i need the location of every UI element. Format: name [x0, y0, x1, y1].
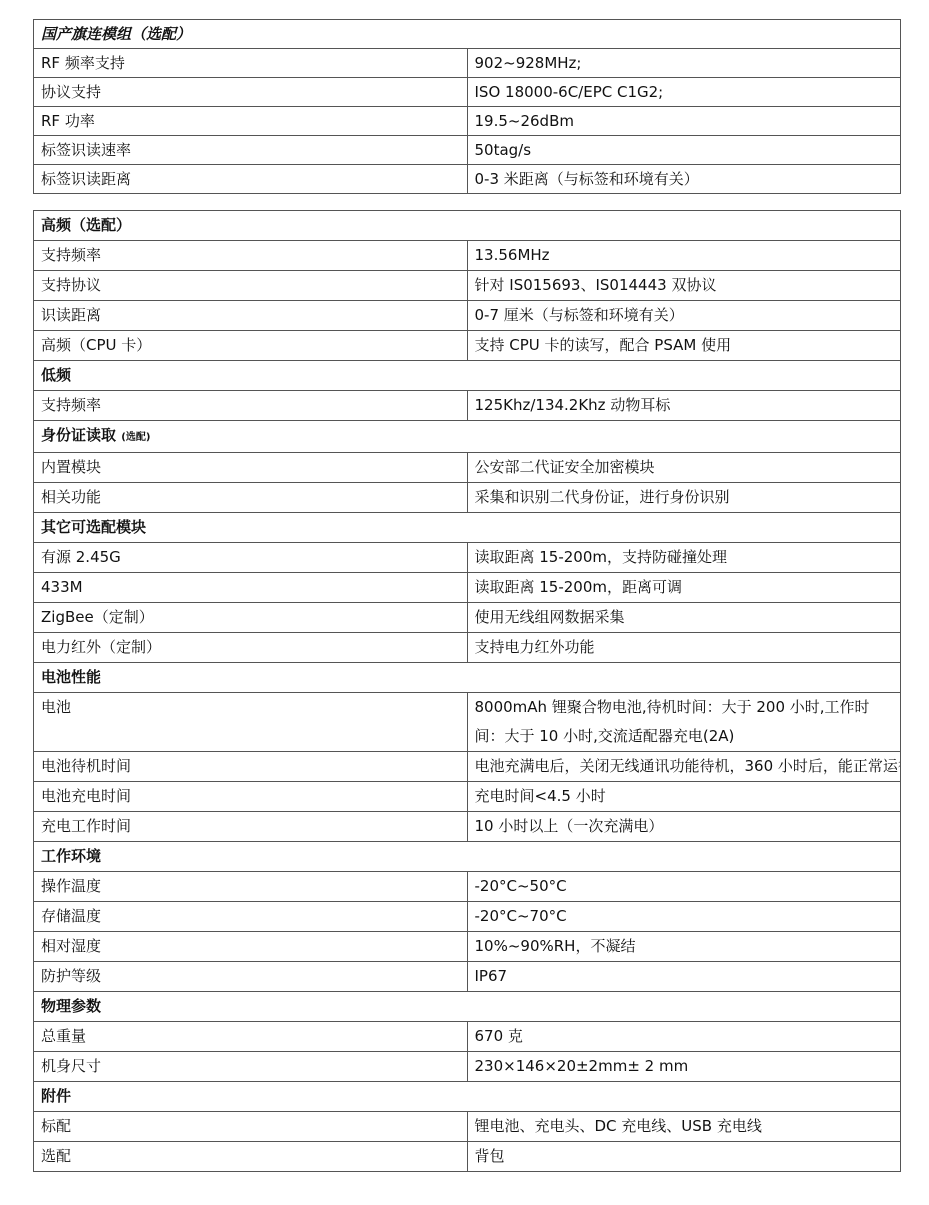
device-spec-table: 高频（选配） 支持频率13.56MHz 支持协议针对 IS015693、IS01… [33, 210, 901, 1172]
section-header-other-modules: 其它可选配模块 [34, 513, 901, 543]
spec-value: 125Khz/134.2Khz 动物耳标 [467, 391, 901, 421]
spec-row: 支持频率125Khz/134.2Khz 动物耳标 [34, 391, 901, 421]
spec-label: 存储温度 [34, 902, 468, 932]
rfid-module-spec-table: 国产旗连模组（选配） RF 频率支持902~928MHz; 协议支持ISO 18… [33, 19, 901, 194]
section-title: 高频（选配） [34, 211, 901, 241]
spec-row: 高频（CPU 卡）支持 CPU 卡的读写，配合 PSAM 使用 [34, 331, 901, 361]
spec-row: 总重量670 克 [34, 1022, 901, 1052]
spec-row: 支持频率13.56MHz [34, 241, 901, 271]
spec-value: 公安部二代证安全加密模块 [467, 453, 901, 483]
section-title: 附件 [34, 1082, 901, 1112]
section-title: 工作环境 [34, 842, 901, 872]
spec-row: 标签识读速率50tag/s [34, 136, 901, 165]
spec-label: 标签识读距离 [34, 165, 468, 194]
spec-label: 总重量 [34, 1022, 468, 1052]
section-title-suffix: (选配) [121, 432, 150, 443]
spec-label: 电池待机时间 [34, 752, 468, 782]
spec-label: 相关功能 [34, 483, 468, 513]
spec-label: 机身尺寸 [34, 1052, 468, 1082]
spec-label: 高频（CPU 卡） [34, 331, 468, 361]
spec-row: 电池8000mAh 锂聚合物电池,待机时间：大于 200 小时,工作时间：大于 … [34, 693, 901, 752]
section-title: 电池性能 [34, 663, 901, 693]
section-header-environment: 工作环境 [34, 842, 901, 872]
spec-value: IP67 [467, 962, 901, 992]
section-title-text: 身份证读取 [41, 426, 116, 444]
spec-row: 协议支持ISO 18000-6C/EPC C1G2; [34, 78, 901, 107]
section-title: 其它可选配模块 [34, 513, 901, 543]
spec-label: 电池充电时间 [34, 782, 468, 812]
spec-row: RF 功率19.5~26dBm [34, 107, 901, 136]
spec-label: 标签识读速率 [34, 136, 468, 165]
spec-row: RF 频率支持902~928MHz; [34, 49, 901, 78]
spec-value: 670 克 [467, 1022, 901, 1052]
spec-row: 选配背包 [34, 1142, 901, 1172]
spec-value: 采集和识别二代身份证，进行身份识别 [467, 483, 901, 513]
section-title: 国产旗连模组（选配） [34, 20, 901, 49]
spec-label: 支持频率 [34, 391, 468, 421]
spec-value: 电池充满电后，关闭无线通讯功能待机，360 小时后，能正常运行 [467, 752, 901, 782]
spec-label: 标配 [34, 1112, 468, 1142]
section-header-lf: 低频 [34, 361, 901, 391]
spec-value: 读取距离 15-200m，距离可调 [467, 573, 901, 603]
section-header-hf: 高频（选配） [34, 211, 901, 241]
spec-row: 标签识读距离0-3 米距离（与标签和环境有关） [34, 165, 901, 194]
spec-value: 支持电力红外功能 [467, 633, 901, 663]
spec-row: 433M读取距离 15-200m，距离可调 [34, 573, 901, 603]
spec-label: RF 功率 [34, 107, 468, 136]
spec-value: -20°C~70°C [467, 902, 901, 932]
spec-row: 防护等级IP67 [34, 962, 901, 992]
spec-value: 充电时间<4.5 小时 [467, 782, 901, 812]
spec-row: 操作温度-20°C~50°C [34, 872, 901, 902]
spec-label: ZigBee（定制） [34, 603, 468, 633]
spec-value: 8000mAh 锂聚合物电池,待机时间：大于 200 小时,工作时间：大于 10… [467, 693, 901, 752]
spec-label: RF 频率支持 [34, 49, 468, 78]
spec-value: 背包 [467, 1142, 901, 1172]
section-title: 物理参数 [34, 992, 901, 1022]
spec-row: ZigBee（定制）使用无线组网数据采集 [34, 603, 901, 633]
spec-row: 支持协议针对 IS015693、IS014443 双协议 [34, 271, 901, 301]
spec-value: 使用无线组网数据采集 [467, 603, 901, 633]
section-header-uhf-module: 国产旗连模组（选配） [34, 20, 901, 49]
spec-value: 13.56MHz [467, 241, 901, 271]
spec-label: 选配 [34, 1142, 468, 1172]
spec-value: -20°C~50°C [467, 872, 901, 902]
spec-value: 50tag/s [467, 136, 901, 165]
spec-row: 相关功能采集和识别二代身份证，进行身份识别 [34, 483, 901, 513]
spec-label: 协议支持 [34, 78, 468, 107]
spec-value: 针对 IS015693、IS014443 双协议 [467, 271, 901, 301]
spec-value: 10 小时以上（一次充满电） [467, 812, 901, 842]
section-header-physical: 物理参数 [34, 992, 901, 1022]
spec-label: 有源 2.45G [34, 543, 468, 573]
spec-row: 电力红外（定制）支持电力红外功能 [34, 633, 901, 663]
spec-value: 0-3 米距离（与标签和环境有关） [467, 165, 901, 194]
spec-value: 锂电池、充电头、DC 充电线、USB 充电线 [467, 1112, 901, 1142]
spec-label: 防护等级 [34, 962, 468, 992]
spec-row: 充电工作时间10 小时以上（一次充满电） [34, 812, 901, 842]
section-header-accessories: 附件 [34, 1082, 901, 1112]
section-header-id-card: 身份证读取 (选配) [34, 421, 901, 453]
spec-value: 902~928MHz; [467, 49, 901, 78]
section-title: 低频 [34, 361, 901, 391]
spec-row: 有源 2.45G读取距离 15-200m，支持防碰撞处理 [34, 543, 901, 573]
spec-row: 电池待机时间电池充满电后，关闭无线通讯功能待机，360 小时后，能正常运行 [34, 752, 901, 782]
spec-row: 电池充电时间充电时间<4.5 小时 [34, 782, 901, 812]
spec-label: 识读距离 [34, 301, 468, 331]
spec-row: 存储温度-20°C~70°C [34, 902, 901, 932]
spec-label: 相对湿度 [34, 932, 468, 962]
spec-row: 相对湿度10%~90%RH，不凝结 [34, 932, 901, 962]
spec-row: 内置模块公安部二代证安全加密模块 [34, 453, 901, 483]
spec-label: 操作温度 [34, 872, 468, 902]
spec-label: 支持协议 [34, 271, 468, 301]
spec-label: 电池 [34, 693, 468, 752]
spec-value: 10%~90%RH，不凝结 [467, 932, 901, 962]
section-title: 身份证读取 (选配) [34, 421, 901, 453]
spec-value: 读取距离 15-200m，支持防碰撞处理 [467, 543, 901, 573]
spec-value: 0-7 厘米（与标签和环境有关） [467, 301, 901, 331]
spec-label: 电力红外（定制） [34, 633, 468, 663]
spec-label: 433M [34, 573, 468, 603]
spec-label: 充电工作时间 [34, 812, 468, 842]
section-header-battery: 电池性能 [34, 663, 901, 693]
spec-row: 标配锂电池、充电头、DC 充电线、USB 充电线 [34, 1112, 901, 1142]
spec-value: 支持 CPU 卡的读写，配合 PSAM 使用 [467, 331, 901, 361]
spec-label: 支持频率 [34, 241, 468, 271]
spec-value: 230×146×20±2mm± 2 mm [467, 1052, 901, 1082]
spec-label: 内置模块 [34, 453, 468, 483]
spec-row: 识读距离0-7 厘米（与标签和环境有关） [34, 301, 901, 331]
spec-value: ISO 18000-6C/EPC C1G2; [467, 78, 901, 107]
spec-value: 19.5~26dBm [467, 107, 901, 136]
spec-row: 机身尺寸230×146×20±2mm± 2 mm [34, 1052, 901, 1082]
